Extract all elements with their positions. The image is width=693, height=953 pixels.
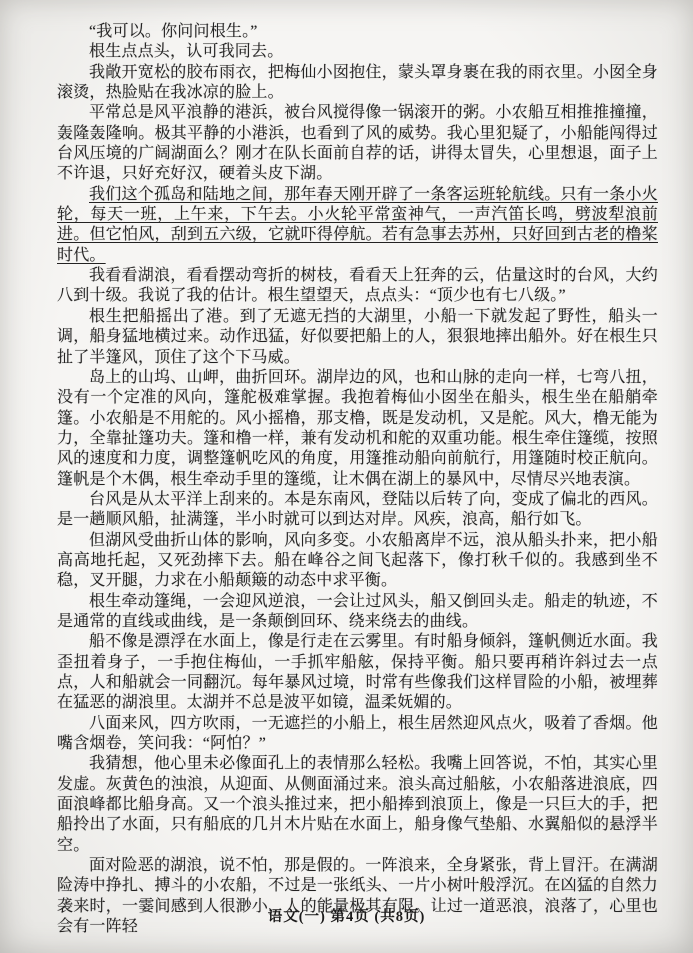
text-body: “我可以。你问问根生。”根生点点头，认可我同去。我敞开宽松的胶布雨衣，把梅仙小囡… [57, 22, 658, 937]
page-footer: 语文(一) 第4页 (共8页) [0, 905, 693, 926]
paragraph: 平常总是风平浪静的港浜，被台风搅得像一锅滚开的粥。小农船互相推推撞撞，轰隆轰隆响… [57, 103, 658, 184]
scanned-exam-page: “我可以。你问问根生。”根生点点头，认可我同去。我敞开宽松的胶布雨衣，把梅仙小囡… [0, 0, 693, 953]
paragraph: 船不像是漂浮在水面上，像是行走在云雾里。有时船身倾斜，篷帆侧近水面。我歪扭着身子… [57, 632, 658, 713]
paragraph: 我看看湖浪，看看摆动弯折的树枝，看看天上狂奔的云，估量这时的台风，大约八到十级。… [57, 266, 658, 307]
paragraph: 但湖风受曲折山体的影响，风向多变。小农船离岸不远，浪从船头扑来，把小船高高地托起… [57, 531, 658, 592]
paragraph: 我们这个孤岛和陆地之间，那年春天刚开辟了一条客运班轮航线。只有一条小火轮，每天一… [57, 185, 658, 266]
paragraph: 根生牵动篷绳，一会迎风逆浪，一会让过风头，船又倒回头走。船走的轨迹，不是通常的直… [57, 592, 658, 633]
paragraph: 根生把船摇出了港。到了无遮无挡的大湖里，小船一下就发起了野性，船头一调，船身猛地… [57, 307, 658, 368]
paragraph: “我可以。你问问根生。” [57, 22, 658, 42]
paragraph: 八面来风，四方吹雨，一无遮拦的小船上，根生居然迎风点火，吸着了香烟。他嘴含烟卷，… [57, 714, 658, 755]
paragraph: 根生点点头，认可我同去。 [57, 42, 658, 62]
paragraph: 岛上的山坞、山岬，曲折回环。湖岸边的风，也和山脉的走向一样，七弯八扭，没有一个定… [57, 368, 658, 490]
paragraph: 我猜想，他心里未必像面孔上的表情那么轻松。我嘴上回答说，不怕，其实心里发虚。灰黄… [57, 754, 658, 856]
paragraph: 我敞开宽松的胶布雨衣，把梅仙小囡抱住，蒙头罩身裹在我的雨衣里。小囡全身滚烫，热脸… [57, 63, 658, 104]
paragraph: 台风是从太平洋上刮来的。本是东南风，登陆以后转了向，变成了偏北的西风。是一趟顺风… [57, 490, 658, 531]
